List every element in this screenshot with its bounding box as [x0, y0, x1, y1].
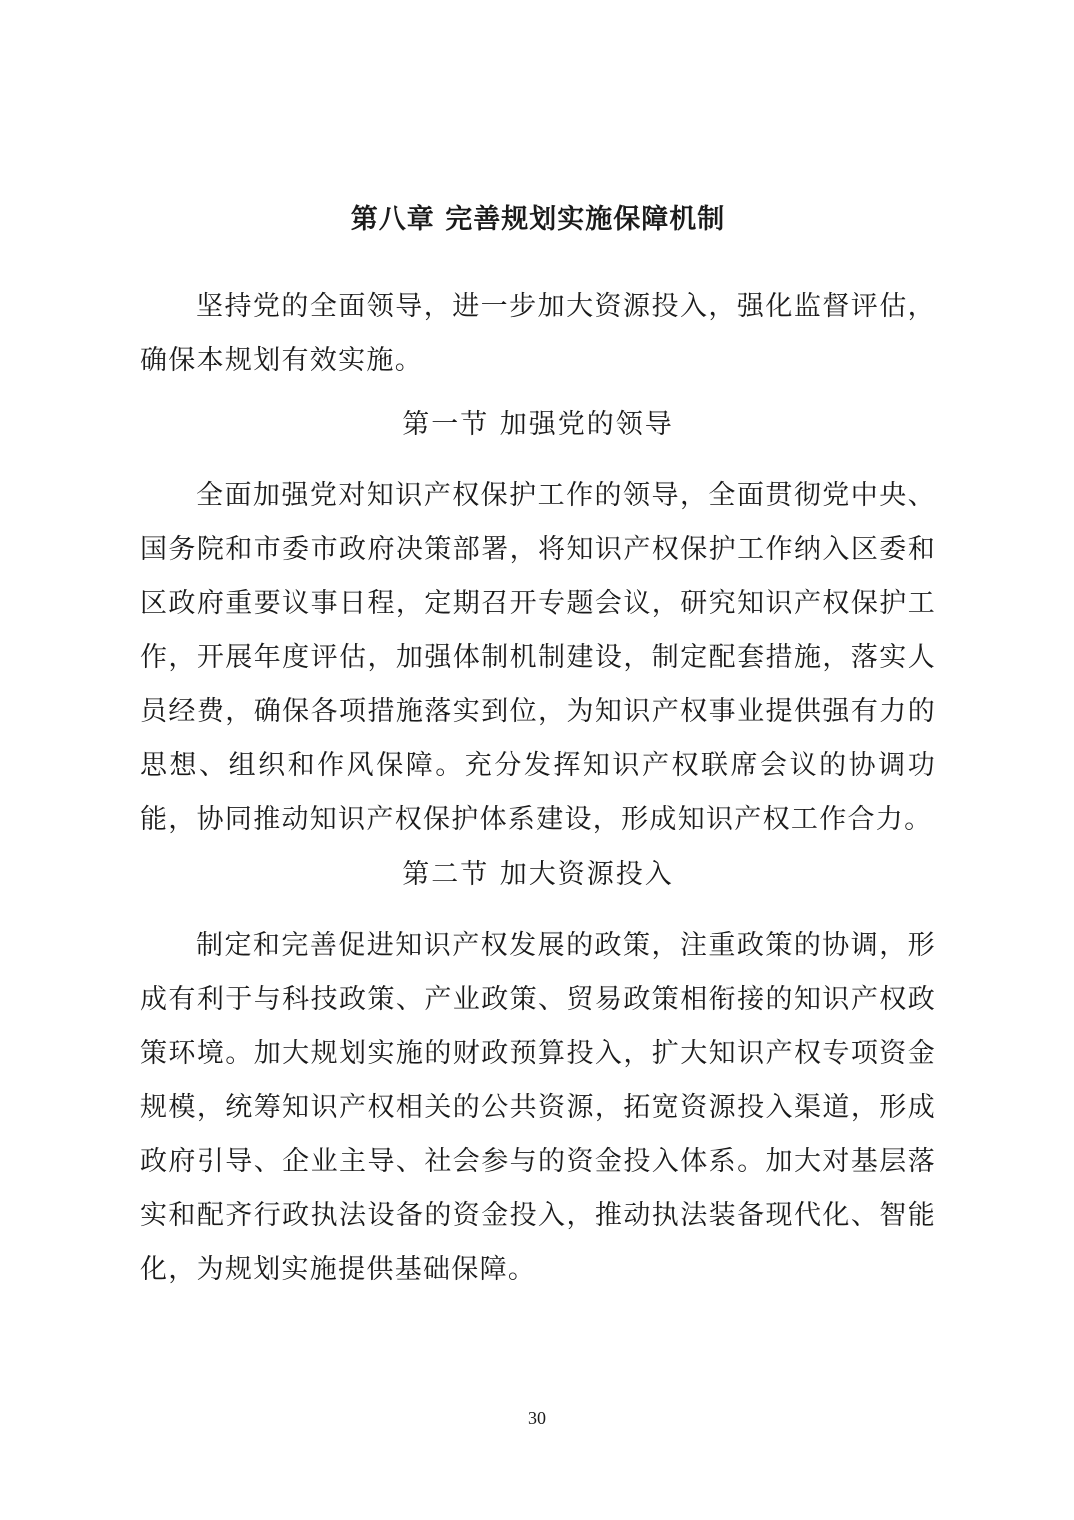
section-1-paragraph: 全面加强党对知识产权保护工作的领导，全面贯彻党中央、国务院和市委市政府决策部署，… [140, 469, 936, 847]
section-title-1: 第一节 加强党的领导 [140, 405, 936, 445]
section-title-2: 第二节 加大资源投入 [140, 855, 936, 895]
chapter-title: 第八章 完善规划实施保障机制 [140, 200, 936, 240]
intro-paragraph: 坚持党的全面领导，进一步加大资源投入，强化监督评估，确保本规划有效实施。 [140, 280, 936, 388]
section-2-paragraph: 制定和完善促进知识产权发展的政策，注重政策的协调，形成有利于与科技政策、产业政策… [140, 919, 936, 1297]
page-number: 30 [0, 1406, 1074, 1430]
